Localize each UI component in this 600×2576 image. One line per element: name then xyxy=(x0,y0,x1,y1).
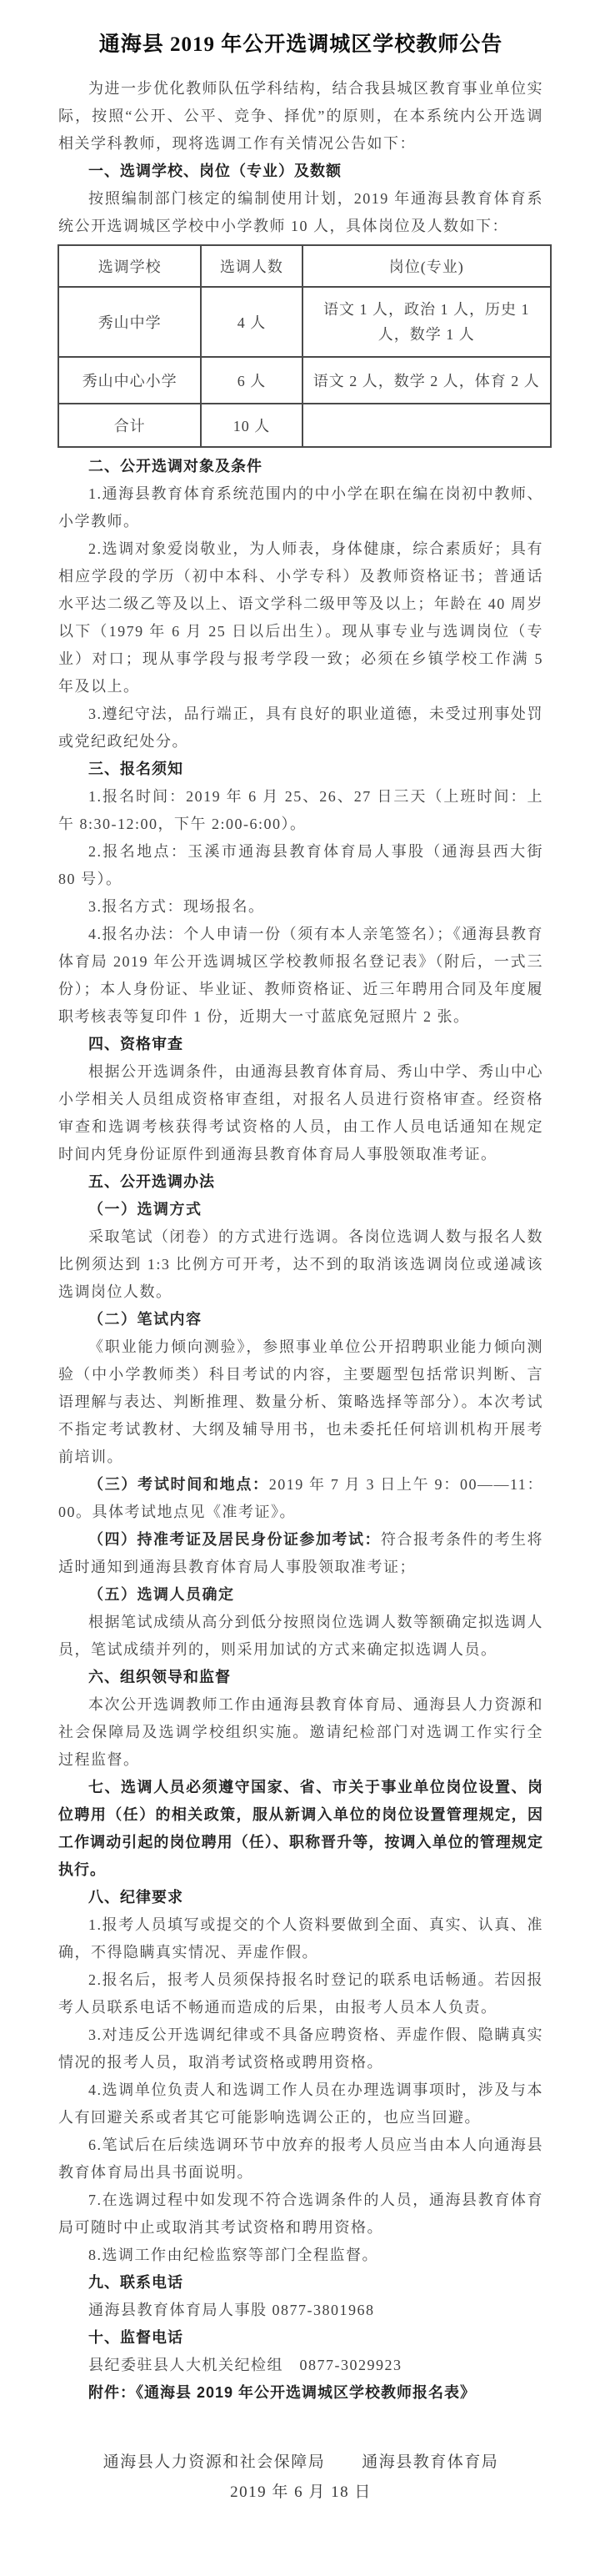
paragraph-text: （一）选调方式 xyxy=(88,1201,202,1218)
paragraph-text: 三、报名须知 xyxy=(88,761,183,777)
paragraph-text: 8.选调工作由纪检监察等部门全程监督。 xyxy=(88,2247,378,2263)
paragraph: 采取笔试（闭卷）的方式进行选调。各岗位选调人数与报名人数比例须达到 1:3 比例… xyxy=(58,1223,543,1306)
announcement-document: 通海县 2019 年公开选调城区学校教师公告 为进一步优化教师队伍学科结构，结合… xyxy=(0,0,600,2576)
section-heading: 八、纪律要求 xyxy=(58,1884,543,1911)
paragraph-text: （五）选调人员确定 xyxy=(88,1586,235,1603)
table-cell-positions: 语文 1 人，政治 1 人，历史 1 人，数学 1 人 xyxy=(302,287,551,357)
table-cell-school: 秀山中心小学 xyxy=(58,357,201,404)
paragraph-text: 按照编制部门核定的编制使用计划，2019 年通海县教育体育系统公开选调城区学校中… xyxy=(58,190,543,234)
paragraph-text: 2.报名地点：玉溪市通海县教育体育局人事股（通海县西大街 80 号）。 xyxy=(58,843,543,887)
paragraph-text: 六、组织领导和监督 xyxy=(88,1669,231,1685)
paragraph-text: 本次公开选调教师工作由通海县教育体育局、通海县人力资源和社会保障局及选调学校组织… xyxy=(58,1696,543,1768)
paragraph: 4.报名办法：个人申请一份（须有本人亲笔签名）；《通海县教育体育局 2019 年… xyxy=(58,921,543,1031)
paragraph: 按照编制部门核定的编制使用计划，2019 年通海县教育体育系统公开选调城区学校中… xyxy=(58,185,543,240)
table-row: 秀山中心小学 6 人 语文 2 人，数学 2 人，体育 2 人 xyxy=(58,357,551,404)
document-body-bottom: 二、公开选调对象及条件1.通海县教育体育系统范围内的中小学在职在编在岗初中教师、… xyxy=(58,453,543,2407)
paragraph: 3.报名方式：现场报名。 xyxy=(58,893,543,921)
section-heading: 九、联系电话 xyxy=(58,2269,543,2297)
signature-row: 通海县人力资源和社会保障局 通海县教育体育局 xyxy=(58,2448,543,2476)
paragraph: 根据笔试成绩从高分到低分按照岗位选调人数等额确定拟选调人员，笔试成绩并列的，则采… xyxy=(58,1609,543,1664)
paragraph-text: 3.遵纪守法，品行端正，具有良好的职业道德，未受过刑事处罚或党纪政纪处分。 xyxy=(58,706,543,750)
section-heading: （五）选调人员确定 xyxy=(58,1581,543,1609)
paragraph: 2.选调对象爱岗敬业，为人师表，身体健康，综合素质好；具有相应学段的学历（初中本… xyxy=(58,535,543,700)
paragraph: 通海县教育体育局人事股 0877-3801968 xyxy=(58,2297,543,2324)
table-cell-school: 合计 xyxy=(58,404,201,447)
document-body-top: 为进一步优化教师队伍学科结构，结合我县城区教育事业单位实际，按照“公开、公平、竞… xyxy=(58,75,543,240)
paragraph: 《职业能力倾向测验》，参照事业单位公开招聘职业能力倾向测验（中小学教师类）科目考… xyxy=(58,1333,543,1471)
section-heading: 三、报名须知 xyxy=(58,756,543,783)
paragraph: 4.选调单位负责人和选调工作人员在办理选调事项时，涉及与本人有回避关系或者其它可… xyxy=(58,2076,543,2132)
paragraph: 1.报考人员填写或提交的个人资料要做到全面、真实、认真、准确，不得隐瞒真实情况、… xyxy=(58,1911,543,1966)
signature-org-left: 通海县人力资源和社会保障局 xyxy=(103,2448,326,2476)
section-heading: 五、公开选调办法 xyxy=(58,1168,543,1196)
section-heading: 二、公开选调对象及条件 xyxy=(58,453,543,480)
table-row: 合计 10 人 xyxy=(58,404,551,447)
section-heading: （一）选调方式 xyxy=(58,1196,543,1223)
signature-org-right: 通海县教育体育局 xyxy=(362,2448,498,2476)
paragraph: 根据公开选调条件，由通海县教育体育局、秀山中学、秀山中心小学相关人员组成资格审查… xyxy=(58,1058,543,1168)
paragraph-text: 2.选调对象爱岗敬业，为人师表，身体健康，综合素质好；具有相应学段的学历（初中本… xyxy=(58,540,543,695)
paragraph: 附件：《通海县 2019 年公开选调城区学校教师报名表》 xyxy=(58,2379,543,2407)
positions-table: 选调学校 选调人数 岗位(专业) 秀山中学 4 人 语文 1 人，政治 1 人，… xyxy=(57,244,552,448)
paragraph-text: 一、选调学校、岗位（专业）及数额 xyxy=(88,163,342,179)
paragraph-text: 根据公开选调条件，由通海县教育体育局、秀山中学、秀山中心小学相关人员组成资格审查… xyxy=(58,1063,543,1162)
document-title: 通海县 2019 年公开选调城区学校教师公告 xyxy=(58,28,543,62)
paragraph-bold-prefix: （四）持准考证及居民身份证参加考试： xyxy=(88,1531,381,1548)
paragraph-text: 2.报名后，报考人员须保持报名时登记的联系电话畅通。若因报考人员联系电话不畅通而… xyxy=(58,1971,543,2016)
paragraph: （三）考试时间和地点：2019 年 7 月 3 日上午 9：00——11：00。… xyxy=(58,1471,543,1526)
table-cell-school: 秀山中学 xyxy=(58,287,201,357)
table-header-school: 选调学校 xyxy=(58,245,201,287)
table-header-row: 选调学校 选调人数 岗位(专业) xyxy=(58,245,551,287)
table-cell-count: 10 人 xyxy=(201,404,302,447)
paragraph-text: （二）笔试内容 xyxy=(88,1311,202,1328)
paragraph-text: 十、监督电话 xyxy=(88,2329,183,2346)
section-heading: 四、资格审查 xyxy=(58,1031,543,1058)
paragraph: 7.在选调过程中如发现不符合选调条件的人员，通海县教育体育局可随时中止或取消其考… xyxy=(58,2187,543,2242)
publish-date: 2019 年 6 月 18 日 xyxy=(58,2476,543,2509)
paragraph: 县纪委驻县人大机关纪检组 0877-3029923 xyxy=(58,2352,543,2379)
paragraph-text: 二、公开选调对象及条件 xyxy=(88,458,262,475)
table-cell-count: 6 人 xyxy=(201,357,302,404)
section-heading: 十、监督电话 xyxy=(58,2324,543,2352)
table-header-count: 选调人数 xyxy=(201,245,302,287)
paragraph-text: 附件：《通海县 2019 年公开选调城区学校教师报名表》 xyxy=(88,2384,476,2401)
table-cell-positions: 语文 2 人，数学 2 人，体育 2 人 xyxy=(302,357,551,404)
paragraph-text: 1.报考人员填写或提交的个人资料要做到全面、真实、认真、准确，不得隐瞒真实情况、… xyxy=(58,1916,543,1961)
paragraph: 2.报名后，报考人员须保持报名时登记的联系电话畅通。若因报考人员联系电话不畅通而… xyxy=(58,1966,543,2021)
paragraph: （四）持准考证及居民身份证参加考试：符合报考条件的考生将适时通知到通海县教育体育… xyxy=(58,1526,543,1581)
paragraph-text: 通海县教育体育局人事股 0877-3801968 xyxy=(88,2302,375,2318)
paragraph-text: 4.选调单位负责人和选调工作人员在办理选调事项时，涉及与本人有回避关系或者其它可… xyxy=(58,2081,543,2126)
paragraph: 1.报名时间：2019 年 6 月 25、26、27 日三天（上班时间：上午 8… xyxy=(58,783,543,838)
paragraph-bold-prefix: （三）考试时间和地点： xyxy=(88,1476,269,1493)
paragraph-text: 4.报名办法：个人申请一份（须有本人亲笔签名）；《通海县教育体育局 2019 年… xyxy=(58,926,543,1025)
section-heading: 一、选调学校、岗位（专业）及数额 xyxy=(58,158,543,185)
paragraph: 6.笔试后在后续选调环节中放弃的报考人员应当由本人向通海县教育体育局出具书面说明… xyxy=(58,2132,543,2187)
section-heading: 六、组织领导和监督 xyxy=(58,1664,543,1691)
table-header-positions: 岗位(专业) xyxy=(302,245,551,287)
paragraph-text: 七、选调人员必须遵守国家、省、市关于事业单位岗位设置、岗位聘用（任）的相关政策，… xyxy=(58,1779,543,1878)
paragraph-text: 为进一步优化教师队伍学科结构，结合我县城区教育事业单位实际，按照“公开、公平、竞… xyxy=(58,80,543,152)
paragraph: 本次公开选调教师工作由通海县教育体育局、通海县人力资源和社会保障局及选调学校组织… xyxy=(58,1691,543,1774)
paragraph-text: 五、公开选调办法 xyxy=(88,1173,215,1190)
paragraph-text: 7.在选调过程中如发现不符合选调条件的人员，通海县教育体育局可随时中止或取消其考… xyxy=(58,2192,543,2236)
paragraph: 8.选调工作由纪检监察等部门全程监督。 xyxy=(58,2242,543,2269)
paragraph: 3.对违反公开选调纪律或不具备应聘资格、弄虚作假、隐瞒真实情况的报考人员，取消考… xyxy=(58,2021,543,2076)
section-heading: （二）笔试内容 xyxy=(58,1306,543,1333)
paragraph-text: 四、资格审查 xyxy=(88,1036,183,1052)
table-cell-count: 4 人 xyxy=(201,287,302,357)
paragraph-text: 3.报名方式：现场报名。 xyxy=(88,898,265,915)
paragraph: 为进一步优化教师队伍学科结构，结合我县城区教育事业单位实际，按照“公开、公平、竞… xyxy=(58,75,543,158)
paragraph-text: 九、联系电话 xyxy=(88,2274,183,2291)
paragraph-text: 6.笔试后在后续选调环节中放弃的报考人员应当由本人向通海县教育体育局出具书面说明… xyxy=(58,2137,543,2181)
paragraph-text: 1.报名时间：2019 年 6 月 25、26、27 日三天（上班时间：上午 8… xyxy=(58,788,543,832)
table-cell-positions xyxy=(302,404,551,447)
paragraph-text: 八、纪律要求 xyxy=(88,1889,183,1906)
paragraph-text: 根据笔试成绩从高分到低分按照岗位选调人数等额确定拟选调人员，笔试成绩并列的，则采… xyxy=(58,1614,543,1658)
paragraph-text: 3.对违反公开选调纪律或不具备应聘资格、弄虚作假、隐瞒真实情况的报考人员，取消考… xyxy=(58,2026,543,2071)
paragraph-text: 《职业能力倾向测验》，参照事业单位公开招聘职业能力倾向测验（中小学教师类）科目考… xyxy=(58,1338,543,1465)
paragraph: 1.通海县教育体育系统范围内的中小学在职在编在岗初中教师、小学教师。 xyxy=(58,480,543,535)
paragraph: 3.遵纪守法，品行端正，具有良好的职业道德，未受过刑事处罚或党纪政纪处分。 xyxy=(58,700,543,756)
table-row: 秀山中学 4 人 语文 1 人，政治 1 人，历史 1 人，数学 1 人 xyxy=(58,287,551,357)
paragraph-text: 1.通海县教育体育系统范围内的中小学在职在编在岗初中教师、小学教师。 xyxy=(58,485,543,530)
paragraph: 七、选调人员必须遵守国家、省、市关于事业单位岗位设置、岗位聘用（任）的相关政策，… xyxy=(58,1774,543,1884)
paragraph-text: 县纪委驻县人大机关纪检组 0877-3029923 xyxy=(88,2357,402,2373)
paragraph-text: 采取笔试（闭卷）的方式进行选调。各岗位选调人数与报名人数比例须达到 1:3 比例… xyxy=(58,1228,543,1300)
paragraph: 2.报名地点：玉溪市通海县教育体育局人事股（通海县西大街 80 号）。 xyxy=(58,838,543,893)
